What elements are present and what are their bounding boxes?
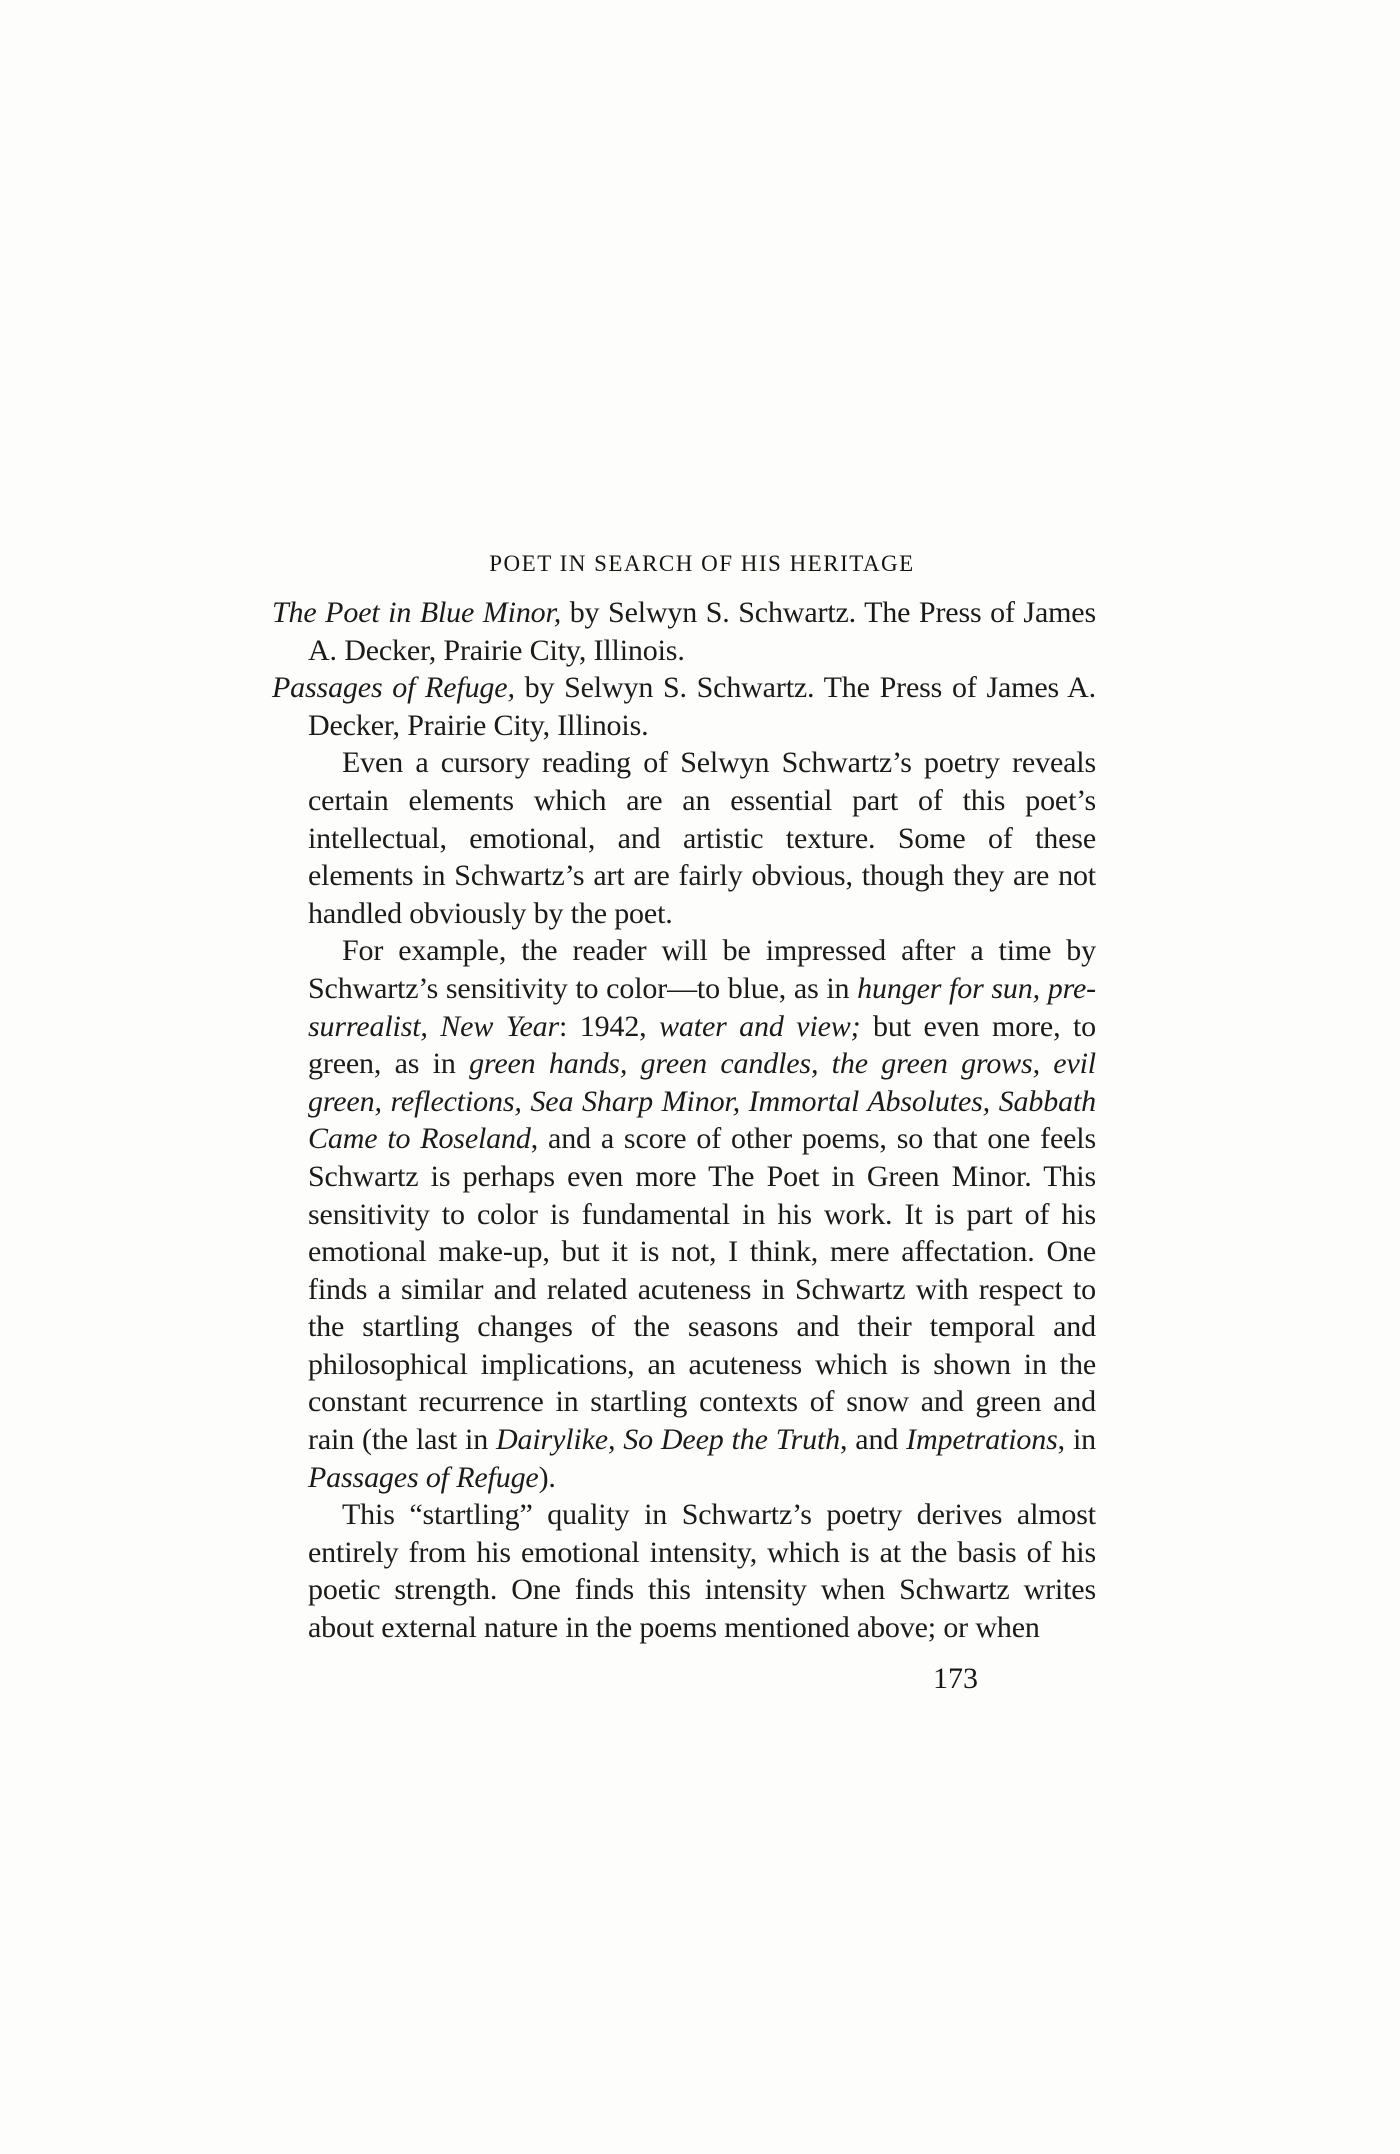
text-run: , in xyxy=(1058,1423,1096,1456)
italic-text-run: Passages of Refuge, xyxy=(272,671,515,704)
text-run: ). xyxy=(539,1461,556,1494)
text-run: , and a score of other poems, so that on… xyxy=(308,1122,1096,1456)
text-run: : 1942, xyxy=(559,1010,659,1043)
text-block: The Poet in Blue Minor, by Selwyn S. Sch… xyxy=(308,594,1096,1647)
italic-text-run: Impetrations xyxy=(906,1423,1058,1456)
italic-text-run: Passages of Refuge xyxy=(308,1461,539,1494)
body-paragraph: This “startling” quality in Schwartz’s p… xyxy=(308,1496,1096,1646)
paragraph-list: Even a cursory reading of Selwyn Schwart… xyxy=(308,744,1096,1646)
italic-text-run: Dairylike, So Deep the Truth xyxy=(496,1423,840,1456)
text-run: This “startling” quality in Schwartz’s p… xyxy=(308,1498,1096,1644)
citation-list: The Poet in Blue Minor, by Selwyn S. Sch… xyxy=(308,594,1096,744)
book-page: POET IN SEARCH OF HIS HERITAGE The Poet … xyxy=(0,0,1400,2154)
italic-text-run: The Poet in Blue Minor, xyxy=(272,596,561,629)
running-header: POET IN SEARCH OF HIS HERITAGE xyxy=(308,551,1096,577)
book-citation: The Poet in Blue Minor, by Selwyn S. Sch… xyxy=(308,594,1096,669)
body-paragraph: Even a cursory reading of Selwyn Schwart… xyxy=(308,744,1096,932)
italic-text-run: water and view; xyxy=(659,1010,860,1043)
book-citation: Passages of Refuge, by Selwyn S. Schwart… xyxy=(308,669,1096,744)
body-paragraph: For example, the reader will be impresse… xyxy=(308,932,1096,1496)
page-number: 173 xyxy=(308,1662,978,1696)
text-run: Even a cursory reading of Selwyn Schwart… xyxy=(308,746,1096,929)
text-run: , and xyxy=(840,1423,906,1456)
